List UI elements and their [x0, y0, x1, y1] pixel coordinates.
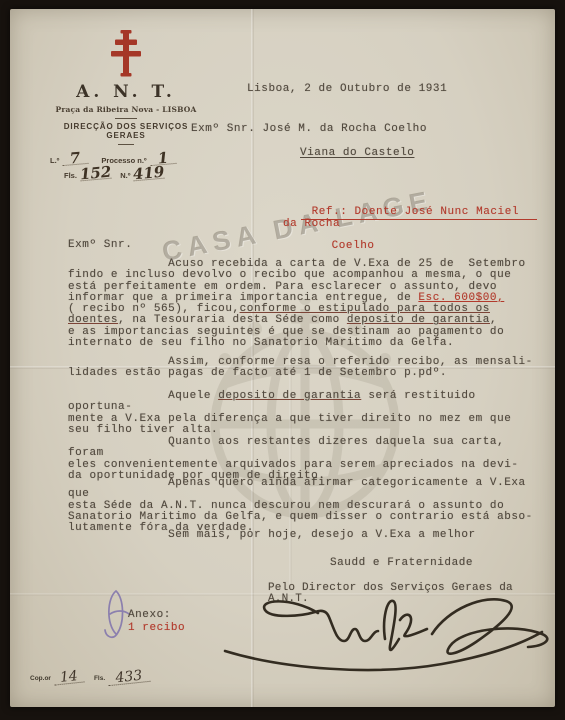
p1-underlined-deposit: deposito de garantia	[347, 314, 490, 326]
num-label: N.º	[120, 171, 130, 180]
letter-paper: CASA DA LAGE A. N. T. Praça da Ribeira N…	[10, 9, 555, 707]
paragraph-4: Quanto aos restantes dizeres daquela sua…	[68, 437, 538, 482]
closing-line: Sem mais, por hoje, desejo a V.Exa a mel…	[68, 530, 538, 541]
scanned-letter-photo: { "letterhead": { "org": "A. N. T.", "ad…	[0, 0, 565, 720]
attachment-value: 1 recibo	[128, 623, 185, 634]
cop-label: Cop.or	[30, 675, 51, 682]
footer-fls-label: Fls.	[94, 675, 105, 682]
fls-value-handwritten: 152	[79, 166, 111, 182]
letterhead-rule-2	[118, 144, 134, 145]
date-line: Lisboa, 2 de Outubro de 1931	[247, 84, 447, 95]
director-signature	[222, 589, 560, 689]
livro-label: L.º	[50, 156, 59, 165]
copier-folio-line: Cop.or 14 Fls. 433	[30, 672, 160, 684]
paragraph-1: Acuso recebida a carta de V.Exa de 25 de…	[68, 259, 538, 349]
cross-of-lorraine-icon	[107, 29, 145, 79]
letterhead-rule	[115, 118, 137, 119]
footer-fls-value-handwritten: 433	[108, 670, 151, 686]
letterhead: A. N. T. Praça da Ribeira Nova - LISBOA …	[44, 29, 208, 180]
ledger-fields: L.º 7 Processo n.º 1 Fls. 152 N.º 419	[44, 152, 208, 180]
addressee-city: Viana do Castelo	[300, 148, 414, 159]
reference-underline	[301, 219, 537, 220]
p3-underlined-deposit: deposito de garantia	[218, 390, 361, 402]
p3-text: Aquele	[68, 390, 218, 402]
reference-line2: Coelho	[332, 241, 375, 252]
ledger-row-2: Fls. 152 N.º 419	[64, 167, 208, 180]
signoff-salute: Saudd e Fraternidade	[330, 558, 473, 569]
attachment-label: Anexo:	[128, 610, 171, 621]
org-address: Praça da Ribeira Nova - LISBOA	[44, 105, 208, 114]
org-department: DIRECÇÃO DOS SERVIÇOS GERAES	[44, 122, 208, 140]
paragraph-5: Apenas quero ainda afirmar categoricamen…	[68, 478, 548, 534]
addressee-line: Exmº Snr. José M. da Rocha Coelho	[191, 124, 427, 135]
cop-value-handwritten: 14	[53, 670, 84, 685]
salutation: Exmº Snr.	[68, 240, 132, 251]
org-name: A. N. T.	[44, 82, 208, 102]
p1-text-c: , na Tesouraria desta Séde como	[118, 314, 347, 326]
paragraph-2: Assim, conforme resa o referido recibo, …	[68, 357, 538, 380]
reference-line1: Ref.: Doente José Nunc Maciel da Rocha	[283, 206, 526, 229]
livro-value-handwritten: 7	[62, 151, 89, 166]
paragraph-3: Aquele deposito de garantia será restitu…	[68, 391, 538, 436]
num-value-handwritten: 419	[133, 166, 165, 182]
fls-label: Fls.	[64, 171, 77, 180]
ledger-row-1: L.º 7 Processo n.º 1	[50, 152, 208, 165]
